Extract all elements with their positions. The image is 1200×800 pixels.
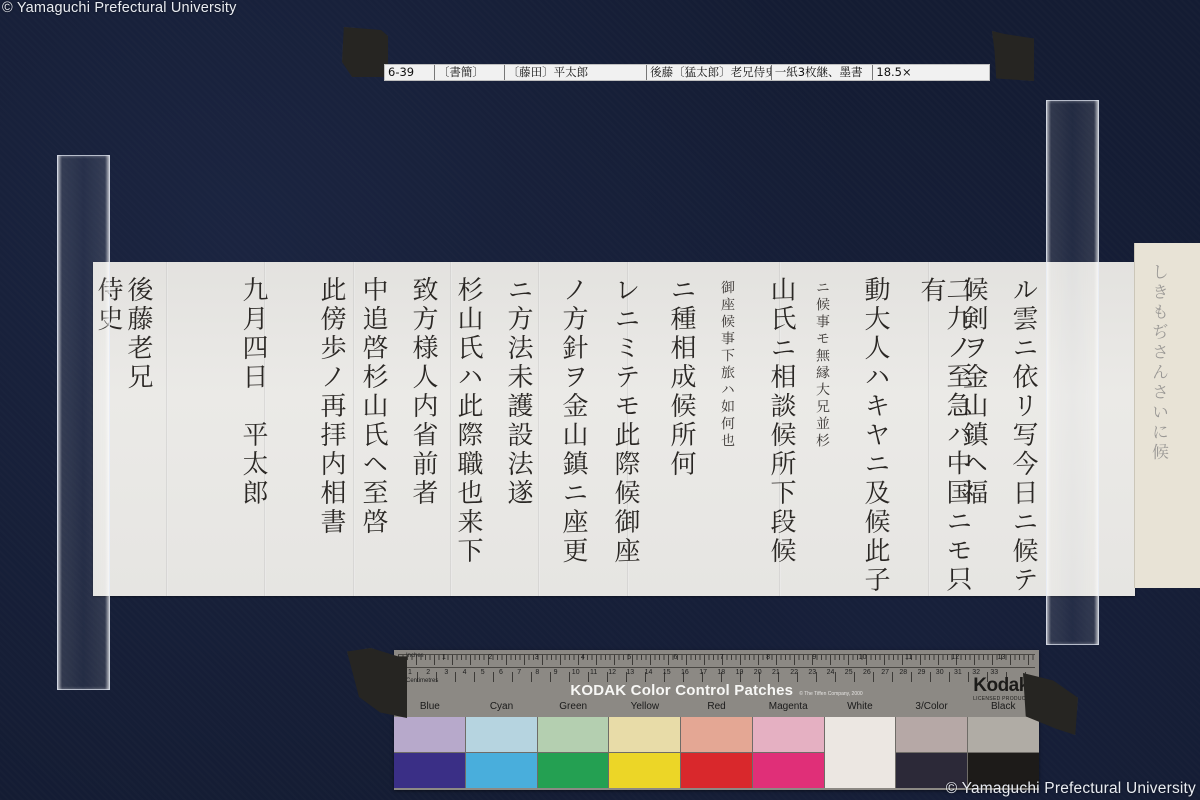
patch-label: 3/Color: [896, 701, 968, 712]
color-patch-magenta-light: [753, 717, 824, 752]
paper-fold: [538, 262, 540, 596]
kodak-logo-text: Kodak: [973, 676, 1029, 696]
ruler-cm-mark: 12: [608, 669, 616, 676]
watermark-top: © Yamaguchi Prefectural University: [2, 0, 237, 16]
ruler-cm-mark: 21: [772, 669, 780, 676]
ruler-cm-mark: 27: [881, 669, 889, 676]
kodak-logo: Kodak LICENSED PRODUCT: [973, 676, 1029, 702]
ruler-cm-mark: 1: [408, 669, 412, 676]
patch-labels: BlueCyanGreenYellowRedMagentaWhite3/Colo…: [394, 701, 1039, 712]
ruler-inch-mark: 9: [812, 654, 816, 661]
kodak-title-text: KODAK Color Control Patches: [570, 682, 793, 699]
black-tape-top-left: [342, 27, 388, 77]
letter-column: 御座候事下旅ハ如何也: [720, 280, 734, 596]
ruler-ticks: [398, 654, 1035, 682]
ruler-cm-mark: 10: [572, 669, 580, 676]
kodak-card-title: KODAK Color Control Patches© The Tiffen …: [394, 682, 1039, 699]
kodak-copyright: © The Tiffen Company, 2000: [799, 691, 862, 697]
ruler-cm-mark: 11: [590, 669, 597, 676]
catalog-label-cell: 後藤〔猛太郎〕老兄侍史: [647, 65, 772, 80]
color-patch-magenta-dark: [753, 753, 824, 788]
patch-label: Yellow: [609, 701, 681, 712]
catalog-label-cell: 18.5×: [873, 65, 989, 80]
letter-column: 動大人ハキヤニ及候此子: [862, 276, 888, 597]
patch-label: Red: [681, 701, 753, 712]
color-patch-red-dark: [681, 753, 752, 788]
patch-label: Green: [537, 701, 609, 712]
black-tape-top-right: [992, 31, 1034, 81]
watermark-bottom: © Yamaguchi Prefectural University: [946, 780, 1196, 798]
ruler-cm-mark: 28: [899, 669, 907, 676]
patch-label: Magenta: [752, 701, 824, 712]
ruler-cm-mark: 29: [918, 669, 926, 676]
color-patch-yellow-light: [609, 717, 680, 752]
color-patch-cyan-light: [466, 717, 537, 752]
color-patch-3-color-light: [896, 717, 967, 752]
letter-column: 二九ノ至急ハ中国ニモ只有: [918, 275, 970, 597]
letter-column: 九月四日 平太郎: [240, 276, 266, 597]
letter-column: ニ候事モ無縁大兄並杉: [815, 280, 829, 596]
letter-column: ノ方針ヲ金山鎮ニ座更: [560, 276, 586, 597]
ruler-divider: [398, 667, 1035, 668]
letter-column: レニミテモ此際候御座: [612, 276, 638, 597]
ruler-cm-mark: 7: [517, 669, 521, 676]
letter-column: ル雲ニ依リ写今日ニ候テ: [1010, 276, 1036, 597]
second-letter-sheet: しきもぢさんさいに候: [1134, 243, 1200, 588]
ruler-cm-mark: 2: [426, 669, 430, 676]
ruler-cm-mark: 3: [444, 669, 448, 676]
catalog-label-cell: 一紙3枚継、墨書: [772, 65, 874, 80]
catalog-label-cell: 〔藤田〕平太郎: [505, 65, 648, 80]
color-patch-blue-dark: [394, 753, 465, 788]
catalog-label-cell: 〔書簡〕: [435, 65, 505, 80]
ruler-cm-mark: 24: [827, 669, 835, 676]
ruler-cm-mark: 23: [808, 669, 816, 676]
catalog-label: 6-39〔書簡〕〔藤田〕平太郎後藤〔猛太郎〕老兄侍史一紙3枚継、墨書18.5×: [384, 64, 990, 81]
ruler-inch-mark: 7: [720, 654, 724, 661]
letter-column: ニ方法未護設法遂: [505, 276, 531, 597]
ruler-cm-mark: 4: [463, 669, 467, 676]
color-patch-yellow-dark: [609, 753, 680, 788]
ruler-inch-mark: 3: [535, 654, 539, 661]
patch-label: White: [824, 701, 896, 712]
letter-column: 後藤老兄: [125, 276, 151, 597]
color-patch-blue-light: [394, 717, 465, 752]
ruler-inch-mark: 1: [442, 654, 446, 661]
letter-column: 杉山氏ハ此際職也来下: [455, 276, 481, 597]
glass-weight-bar-left: [57, 155, 110, 690]
ruler-inch-mark: 13: [998, 654, 1006, 661]
ruler-cm-mark: 26: [863, 669, 871, 676]
glass-weight-bar-right: [1046, 100, 1099, 645]
ruler-cm-mark: 16: [681, 669, 689, 676]
paper-fold: [450, 262, 452, 596]
ruler-cm-mark: 8: [535, 669, 539, 676]
ruler-cm-mark: 31: [954, 669, 962, 676]
ruler-cm-mark: 9: [554, 669, 558, 676]
ruler-inch-mark: 5: [627, 654, 631, 661]
ruler-inch-mark: 10: [859, 654, 867, 661]
ruler-cm-mark: 18: [717, 669, 725, 676]
letter-column: ニ種相成候所何: [668, 276, 694, 597]
ruler-inch-mark: 6: [674, 654, 678, 661]
ruler-cm-mark: 6: [499, 669, 503, 676]
ruler-cm-mark: 15: [663, 669, 671, 676]
second-sheet-text: しきもぢさんさいに候: [1149, 263, 1166, 589]
ruler-cm-mark: 13: [626, 669, 634, 676]
paper-fold: [166, 262, 168, 596]
color-patches: [394, 717, 1039, 788]
ruler-cm-mark: 5: [481, 669, 485, 676]
color-patch-green-dark: [538, 753, 609, 788]
ruler-cm-mark: 17: [699, 669, 707, 676]
patch-label: Cyan: [466, 701, 538, 712]
ruler-cm-mark: 30: [936, 669, 944, 676]
ruler-inch-mark: 12: [951, 654, 959, 661]
color-patch-white-light: [825, 717, 896, 788]
ruler-inch-mark: 4: [581, 654, 585, 661]
letter-column: 山氏ニ相談候所下段候: [768, 276, 794, 597]
ruler: Inches Centimetres 12345678910111213 123…: [394, 650, 1039, 686]
ruler-cm-mark: 25: [845, 669, 853, 676]
letter-paper-scroll: ル雲ニ依リ写今日ニ候テ候剣ヲ金山鎮ヘ福二九ノ至急ハ中国ニモ只有動大人ハキヤニ及候…: [93, 262, 1135, 596]
ruler-cm-mark: 20: [754, 669, 762, 676]
ruler-inch-mark: 8: [766, 654, 770, 661]
ruler-inch-mark: 2: [488, 654, 492, 661]
letter-column: 中追啓杉山氏ヘ至啓: [360, 276, 386, 597]
kodak-color-control-card: Inches Centimetres 12345678910111213 123…: [394, 650, 1039, 790]
color-patch-black-light: [968, 717, 1039, 752]
letter-column: 此傍歩ノ再拝内相書: [318, 276, 344, 597]
letter-column: 致方様人内省前者: [410, 276, 436, 597]
ruler-inches-label: Inches: [406, 653, 424, 659]
color-patch-cyan-dark: [466, 753, 537, 788]
paper-fold: [353, 262, 355, 596]
catalog-label-cell: 6-39: [385, 65, 435, 80]
ruler-cm-mark: 22: [790, 669, 798, 676]
ruler-inch-mark: 11: [905, 654, 912, 661]
ruler-cm-mark: 14: [645, 669, 653, 676]
color-patch-green-light: [538, 717, 609, 752]
black-tape-bottom-left: [347, 648, 407, 718]
ruler-cm-mark: 19: [736, 669, 744, 676]
color-patch-red-light: [681, 717, 752, 752]
